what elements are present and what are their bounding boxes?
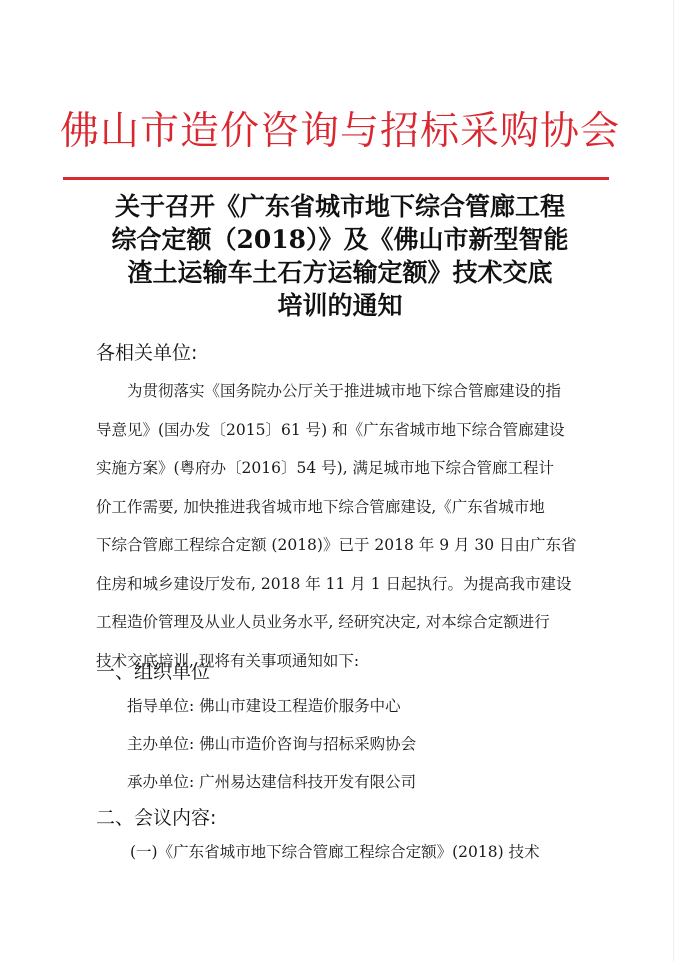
- unit-label: 承办单位:: [127, 773, 194, 791]
- intro-paragraph: 为贯彻落实《国务院办公厅关于推进城市地下综合管廊建设的指 导意见》(国办发〔20…: [96, 372, 576, 680]
- salutation: 各相关单位:: [96, 338, 197, 365]
- document-title: 关于召开《广东省城市地下综合管廊工程 综合定额（2018）》及《佛山市新型智能 …: [60, 190, 620, 322]
- paragraph-line: 价工作需要, 加快推进我省城市地下综合管廊建设,《广东省城市地: [96, 488, 576, 527]
- guiding-unit-row: 指导单位: 佛山市建设工程造价服务中心: [127, 694, 401, 716]
- paragraph-line: 实施方案》(粤府办〔2016〕54 号), 满足城市地下综合管廊工程计: [96, 449, 576, 488]
- meeting-content-item: (一)《广东省城市地下综合管廊工程综合定额》(2018) 技术: [130, 840, 540, 862]
- title-line: 综合定额（2018）》及《佛山市新型智能: [60, 223, 620, 256]
- title-line: 培训的通知: [60, 289, 620, 322]
- paragraph-line: 下综合管廊工程综合定额 (2018)》已于 2018 年 9 月 30 日由广东…: [96, 526, 576, 565]
- organizer-unit-row: 承办单位: 广州易达建信科技开发有限公司: [127, 770, 416, 792]
- paragraph-line: 导意见》(国办发〔2015〕61 号) 和《广东省城市地下综合管廊建设: [96, 411, 576, 450]
- section-heading-meeting-content: 二、会议内容:: [96, 803, 216, 830]
- title-line: 渣土运输车土石方运输定额》技术交底: [60, 256, 620, 289]
- unit-value: 佛山市建设工程造价服务中心: [199, 697, 401, 715]
- organization-letterhead: 佛山市造价咨询与招标采购协会: [0, 108, 680, 156]
- document-page: 佛山市造价咨询与招标采购协会 关于召开《广东省城市地下综合管廊工程 综合定额（2…: [0, 0, 680, 961]
- letterhead-divider: [63, 177, 609, 180]
- title-line: 关于召开《广东省城市地下综合管廊工程: [60, 190, 620, 223]
- paragraph-line: 住房和城乡建设厅发布, 2018 年 11 月 1 日起执行。为提高我市建设: [96, 565, 576, 604]
- section-heading-organizers: 一、组织单位: [96, 657, 210, 684]
- unit-value: 广州易达建信科技开发有限公司: [199, 773, 416, 791]
- host-unit-row: 主办单位: 佛山市造价咨询与招标采购协会: [127, 732, 416, 754]
- unit-label: 指导单位:: [127, 697, 194, 715]
- unit-label: 主办单位:: [127, 735, 194, 753]
- paragraph-line: 为贯彻落实《国务院办公厅关于推进城市地下综合管廊建设的指: [96, 372, 576, 411]
- unit-value: 佛山市造价咨询与招标采购协会: [199, 735, 416, 753]
- paragraph-line: 工程造价管理及从业人员业务水平, 经研究决定, 对本综合定额进行: [96, 603, 576, 642]
